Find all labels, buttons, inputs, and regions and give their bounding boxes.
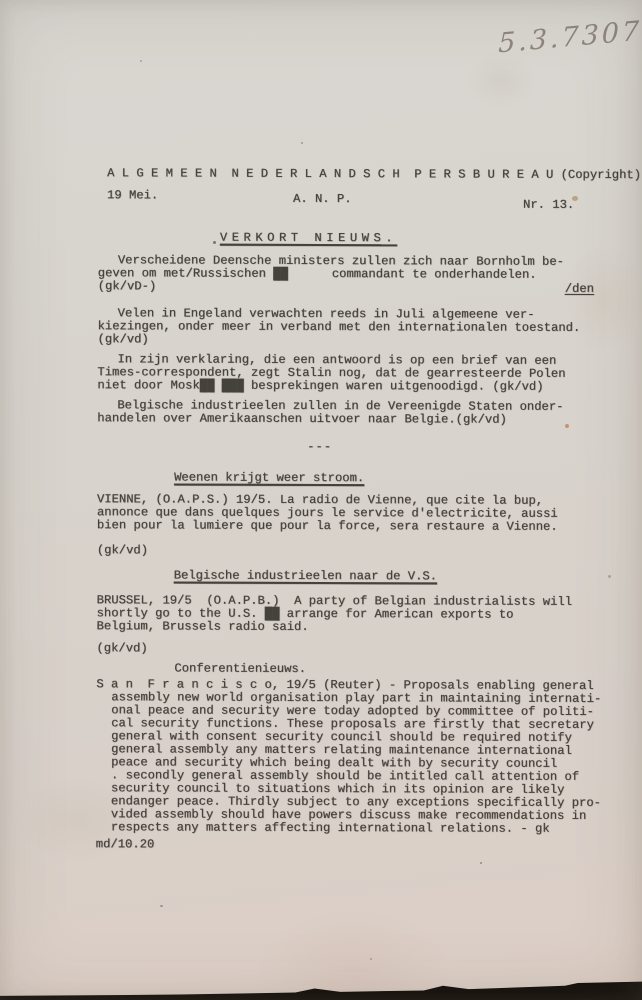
text-line: (gk/vd)	[98, 333, 626, 348]
text-line: Belgium, Brussels radio said.	[97, 620, 625, 635]
text-line: bien pour la lumiere que pour la force, …	[97, 519, 625, 534]
article-heading-vienna: Weenen krijgt weer stroom.	[174, 471, 364, 485]
news-brief-2: Velen in Engeland verwachten reeds in Ju…	[98, 307, 626, 348]
text-line: handelen over Amerikaanschen uitvoer naa…	[97, 412, 625, 427]
article-heading-conference: Conferentienieuws.	[174, 662, 306, 675]
masthead: A L G E M E E N N E D E R L A N D S C H …	[107, 167, 641, 182]
footer-code: md/10.20	[96, 838, 155, 851]
news-brief-3: In zijn verklaring, die een antwoord is …	[97, 353, 625, 394]
article-body-conference: S a n F r a n c i s c o, 19/5 (Reuter) -…	[96, 678, 640, 836]
sign-off: (gk/vd)	[96, 642, 147, 655]
margin-insertion-note: /den	[565, 283, 594, 296]
text-line: geven om met/Russischen ██ commandant te…	[98, 267, 626, 282]
issue-date: 19 Mei.	[107, 189, 158, 202]
agency-abbreviation: A. N. P.	[293, 193, 352, 206]
text-line: niet door Mosk██ ███ besprekingen waren …	[97, 379, 625, 394]
news-brief-4: Belgische industrieelen zullen in de Ver…	[97, 399, 625, 427]
text-line: respects any matters affecting internati…	[111, 821, 639, 836]
article-heading-brussels: Belgische industrieelen naar de V.S.	[174, 569, 437, 583]
article-body-brussels: BRUSSEL, 19/5 (O.A.P.B.) A party of Belg…	[97, 594, 625, 635]
typewritten-content: A L G E M E E N N E D E R L A N D S C H …	[0, 0, 642, 1000]
copyright-label: (Copyright)	[553, 168, 641, 182]
news-brief-1: Verscheidene Deensche ministers zullen z…	[98, 254, 626, 295]
text-line: (gk/vD-)	[98, 280, 626, 295]
sign-off: (gk/vd)	[97, 544, 148, 557]
text-line: kiezingen, onder meer in verband met den…	[98, 320, 626, 335]
article-body-vienna: VIENNE, (O.A.P.S.) 19/5. La radio de Vie…	[97, 493, 625, 534]
bulletin-title: VERKORT NIEUWS.	[220, 232, 397, 246]
section-separator: ---	[307, 441, 332, 454]
agency-name: A L G E M E E N N E D E R L A N D S C H …	[107, 166, 553, 182]
dateline: 19 Mei. A. N. P. Nr. 13.	[2, 0, 642, 1]
issue-number: Nr. 13.	[523, 199, 574, 212]
scanned-document-page: 5.3.7307 A L G E M E E N N E D E R L A N…	[0, 0, 642, 1000]
